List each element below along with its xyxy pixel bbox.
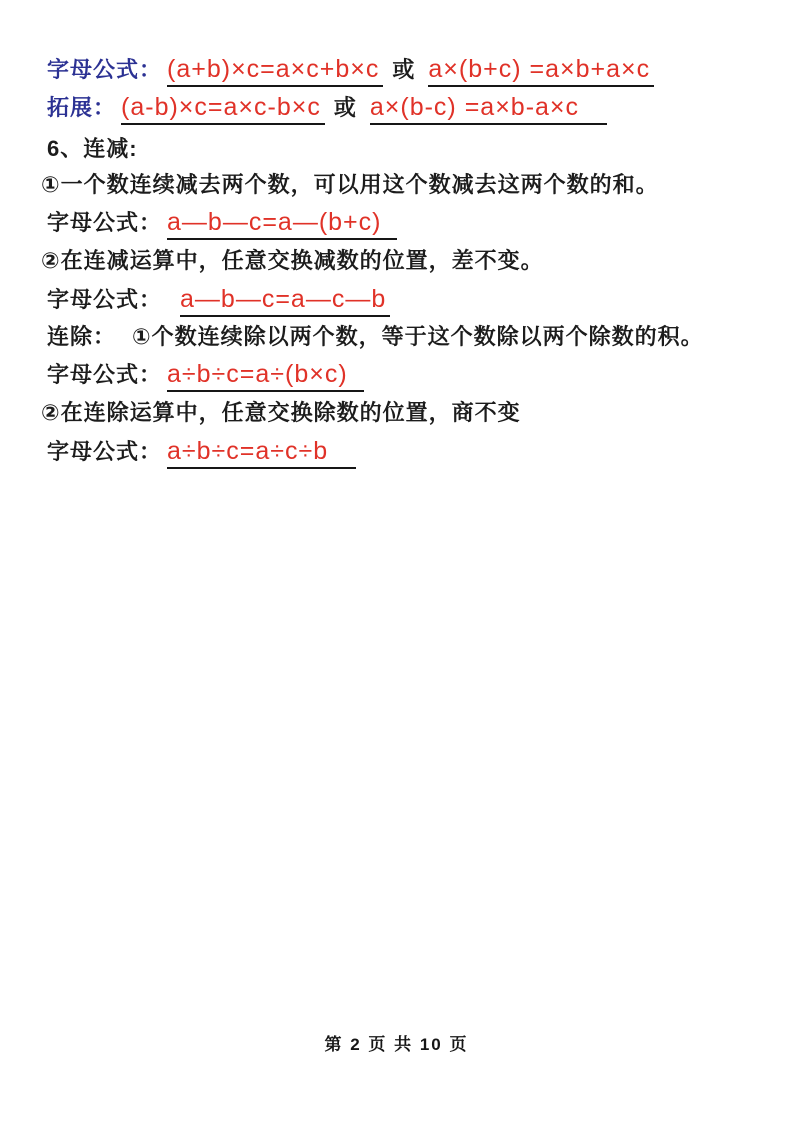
heading-text: 6、连减: [47,136,138,161]
document-page: 字母公式：(a+b)×c=a×c+b×c或a×(b+c) =a×b+a×c 拓展… [0,0,793,1122]
formula-extension-left: (a-b)×c=a×c-b×c [121,92,325,125]
formula-subtraction-swap: a—b—c=a—c—b [180,284,390,317]
formula-subtraction-sum: a—b—c=a—(b+c) [167,207,397,240]
label-letter-formula: 字母公式： [47,287,162,312]
line-formula-subtraction-1: 字母公式：a—b—c=a—(b+c) [47,207,397,241]
line-rule-division-2: ②在连除运算中，任意交换除数的位置，商不变 [41,398,521,431]
rule-text: ②在连除运算中，任意交换除数的位置，商不变 [41,400,521,425]
label-letter-formula: 字母公式： [47,362,162,387]
page-footer: 第 2 页 共 10 页 [0,1030,793,1055]
line-formula-subtraction-2: 字母公式：a—b—c=a—c—b [47,284,390,318]
label-letter-formula: 字母公式： [47,439,162,464]
rule-text: ②在连减运算中，任意交换减数的位置，差不变。 [41,248,544,273]
rule-text: ①个数连续除以两个数，等于这个数除以两个除数的积。 [132,324,704,349]
line-heading-successive-subtraction: 6、连减: [47,134,138,167]
page-number-text: 第 2 页 共 10 页 [325,1035,469,1054]
line-extension-distributive: 拓展：(a-b)×c=a×c-b×c或a×(b-c) =a×b-a×c [47,92,607,126]
line-rule-division-1: 连除：①个数连续除以两个数，等于这个数除以两个除数的积。 [47,322,704,355]
formula-division-swap: a÷b÷c=a÷c÷b [167,436,356,469]
line-formula-division-1: 字母公式：a÷b÷c=a÷(b×c) [47,359,364,393]
conjunction-or: 或 [334,95,356,120]
line-rule-subtraction-1: ①一个数连续减去两个数，可以用这个数减去这两个数的和。 [41,170,659,203]
conjunction-or: 或 [392,57,414,82]
formula-extension-right: a×(b-c) =a×b-a×c [370,92,607,125]
label-letter-formula: 字母公式： [47,57,162,82]
rule-text: ①一个数连续减去两个数，可以用这个数减去这两个数的和。 [41,172,659,197]
label-extension: 拓展： [47,95,116,120]
line-formula-division-2: 字母公式：a÷b÷c=a÷c÷b [47,436,356,470]
label-successive-division: 连除： [47,324,116,349]
line-letter-formula-distributive: 字母公式：(a+b)×c=a×c+b×c或a×(b+c) =a×b+a×c [47,54,654,88]
label-letter-formula: 字母公式： [47,210,162,235]
formula-distributive-left: (a+b)×c=a×c+b×c [167,54,383,87]
formula-division-product: a÷b÷c=a÷(b×c) [167,359,364,392]
formula-distributive-right: a×(b+c) =a×b+a×c [428,54,654,87]
line-rule-subtraction-2: ②在连减运算中，任意交换减数的位置，差不变。 [41,246,544,279]
